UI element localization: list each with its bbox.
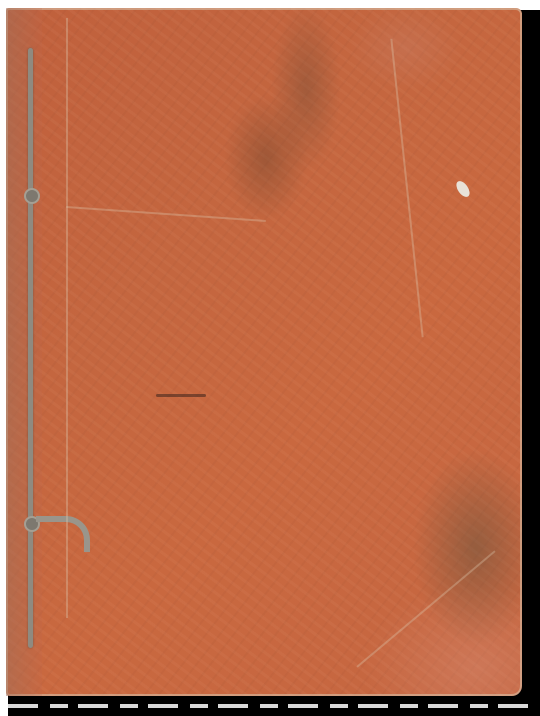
scuff-mark [454,179,473,199]
spine-stitching [28,48,33,648]
spine-band [6,8,42,696]
book-cover [6,8,522,696]
crease-line [66,18,68,618]
stain-mark [156,394,206,397]
stitch-thread-tail [36,516,90,552]
stitch-knot-top [24,188,40,204]
crease-line [66,206,266,222]
crease-line [356,550,495,667]
crease-line [390,39,423,338]
